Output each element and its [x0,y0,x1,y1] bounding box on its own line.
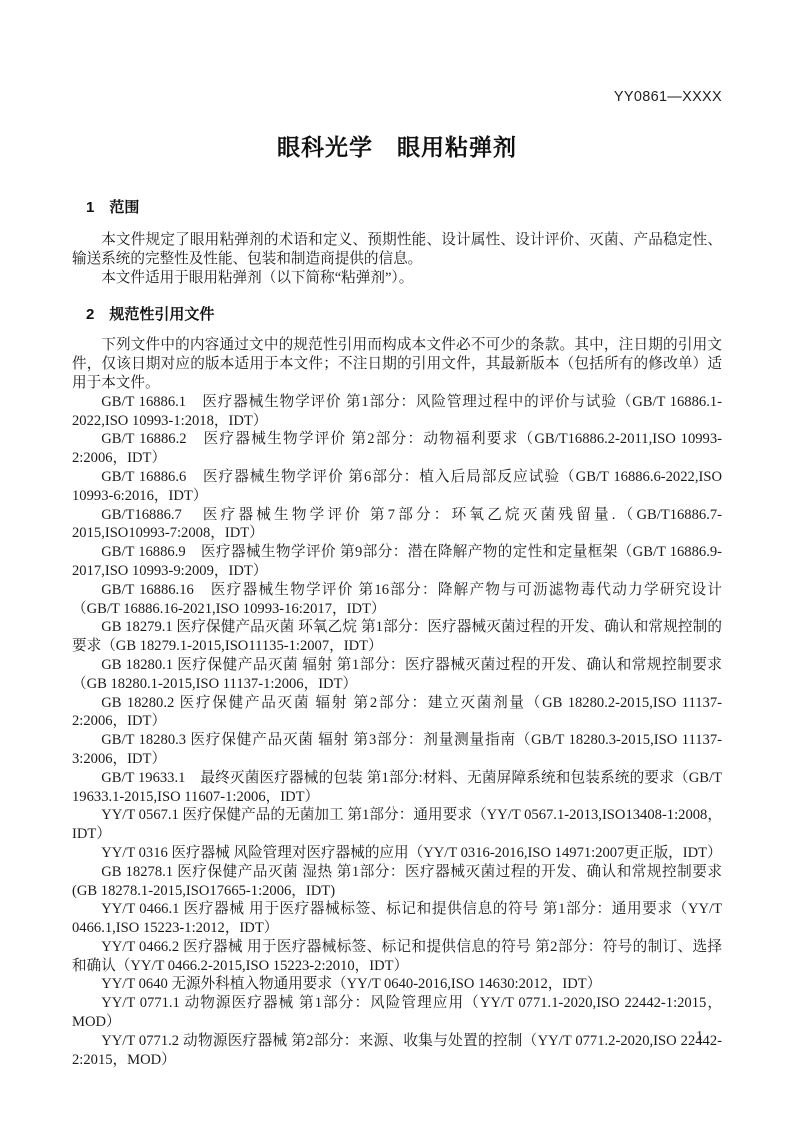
clause-normative-references: 2 规范性引用文件 下列文件中的内容通过文中的规范性引用而构成本文件必不可少的条… [72,305,722,1069]
references-list: GB/T 16886.1 医疗器械生物学评价 第1部分：风险管理过程中的评价与试… [72,393,722,1070]
page-content: YY0861—XXXX 眼科光学 眼用粘弹剂 1 范围 本文件规定了眼用粘弹剂的… [72,88,722,1069]
reference-item: YY/T 0466.1 医疗器械 用于医疗器械标签、标记和提供信息的符号 第1部… [72,900,722,938]
reference-item: YY/T 0640 无源外科植入物通用要求（YY/T 0640-2016,ISO… [72,975,722,994]
reference-item: YY/T 0466.2 医疗器械 用于医疗器械标签、标记和提供信息的符号 第2部… [72,938,722,976]
doc-number: YY0861—XXXX [72,88,722,106]
page-number: 1 [696,1028,703,1046]
reference-item: YY/T 0771.2 动物源医疗器械 第2部分：来源、收集与处置的控制（YY/… [72,1032,722,1070]
reference-item: GB/T 19633.1 最终灭菌医疗器械的包装 第1部分:材料、无菌屏障系统和… [72,769,722,807]
scope-paragraph: 本文件适用于眼用粘弹剂（以下简称“粘弹剂”）。 [72,269,722,288]
scope-paragraph: 本文件规定了眼用粘弹剂的术语和定义、预期性能、设计属性、设计评价、灭菌、产品稳定… [72,231,722,269]
clause-scope-body: 本文件规定了眼用粘弹剂的术语和定义、预期性能、设计属性、设计评价、灭菌、产品稳定… [72,231,722,287]
reference-item: GB 18280.2 医疗保健产品灭菌 辐射 第2部分：建立灭菌剂量（GB 18… [72,694,722,732]
clause-scope-heading: 1 范围 [86,198,722,218]
reference-item: GB/T 16886.16 医疗器械生物学评价 第16部分：降解产物与可沥滤物毒… [72,581,722,619]
reference-item: GB 18279.1 医疗保健产品灭菌 环氧乙烷 第1部分：医疗器械灭菌过程的开… [72,618,722,656]
reference-item: GB/T 16886.2 医疗器械生物学评价 第2部分：动物福利要求（GB/T1… [72,430,722,468]
reference-item: GB/T16886.7 医疗器械生物学评价 第7部分：环氧乙烷灭菌残留量.（GB… [72,506,722,544]
reference-item: GB 18278.1 医疗保健产品灭菌 湿热 第1部分：医疗器械灭菌过程的开发、… [72,863,722,901]
reference-item: GB/T 16886.6 医疗器械生物学评价 第6部分：植入后局部反应试验（GB… [72,468,722,506]
clause-scope: 1 范围 本文件规定了眼用粘弹剂的术语和定义、预期性能、设计属性、设计评价、灭菌… [72,198,722,287]
reference-item: YY/T 0567.1 医疗保健产品的无菌加工 第1部分：通用要求（YY/T 0… [72,806,722,844]
reference-item: GB/T 16886.1 医疗器械生物学评价 第1部分：风险管理过程中的评价与试… [72,393,722,431]
reference-item: GB/T 16886.9 医疗器械生物学评价 第9部分：潜在降解产物的定性和定量… [72,543,722,581]
clause-references-heading: 2 规范性引用文件 [86,305,722,325]
reference-item: YY/T 0771.1 动物源医疗器械 第1部分：风险管理应用（YY/T 077… [72,994,722,1032]
reference-item: YY/T 0316 医疗器械 风险管理对医疗器械的应用（YY/T 0316-20… [72,844,722,863]
doc-title: 眼科光学 眼用粘弹剂 [72,132,722,162]
reference-item: GB/T 18280.3 医疗保健产品灭菌 辐射 第3部分：剂量测量指南（GB/… [72,731,722,769]
reference-item: GB 18280.1 医疗保健产品灭菌 辐射 第1部分：医疗器械灭菌过程的开发、… [72,656,722,694]
document-page: YY0861—XXXX 眼科光学 眼用粘弹剂 1 范围 本文件规定了眼用粘弹剂的… [0,0,793,1122]
references-intro: 下列文件中的内容通过文中的规范性引用而构成本文件必不可少的条款。其中，注日期的引… [72,336,722,392]
